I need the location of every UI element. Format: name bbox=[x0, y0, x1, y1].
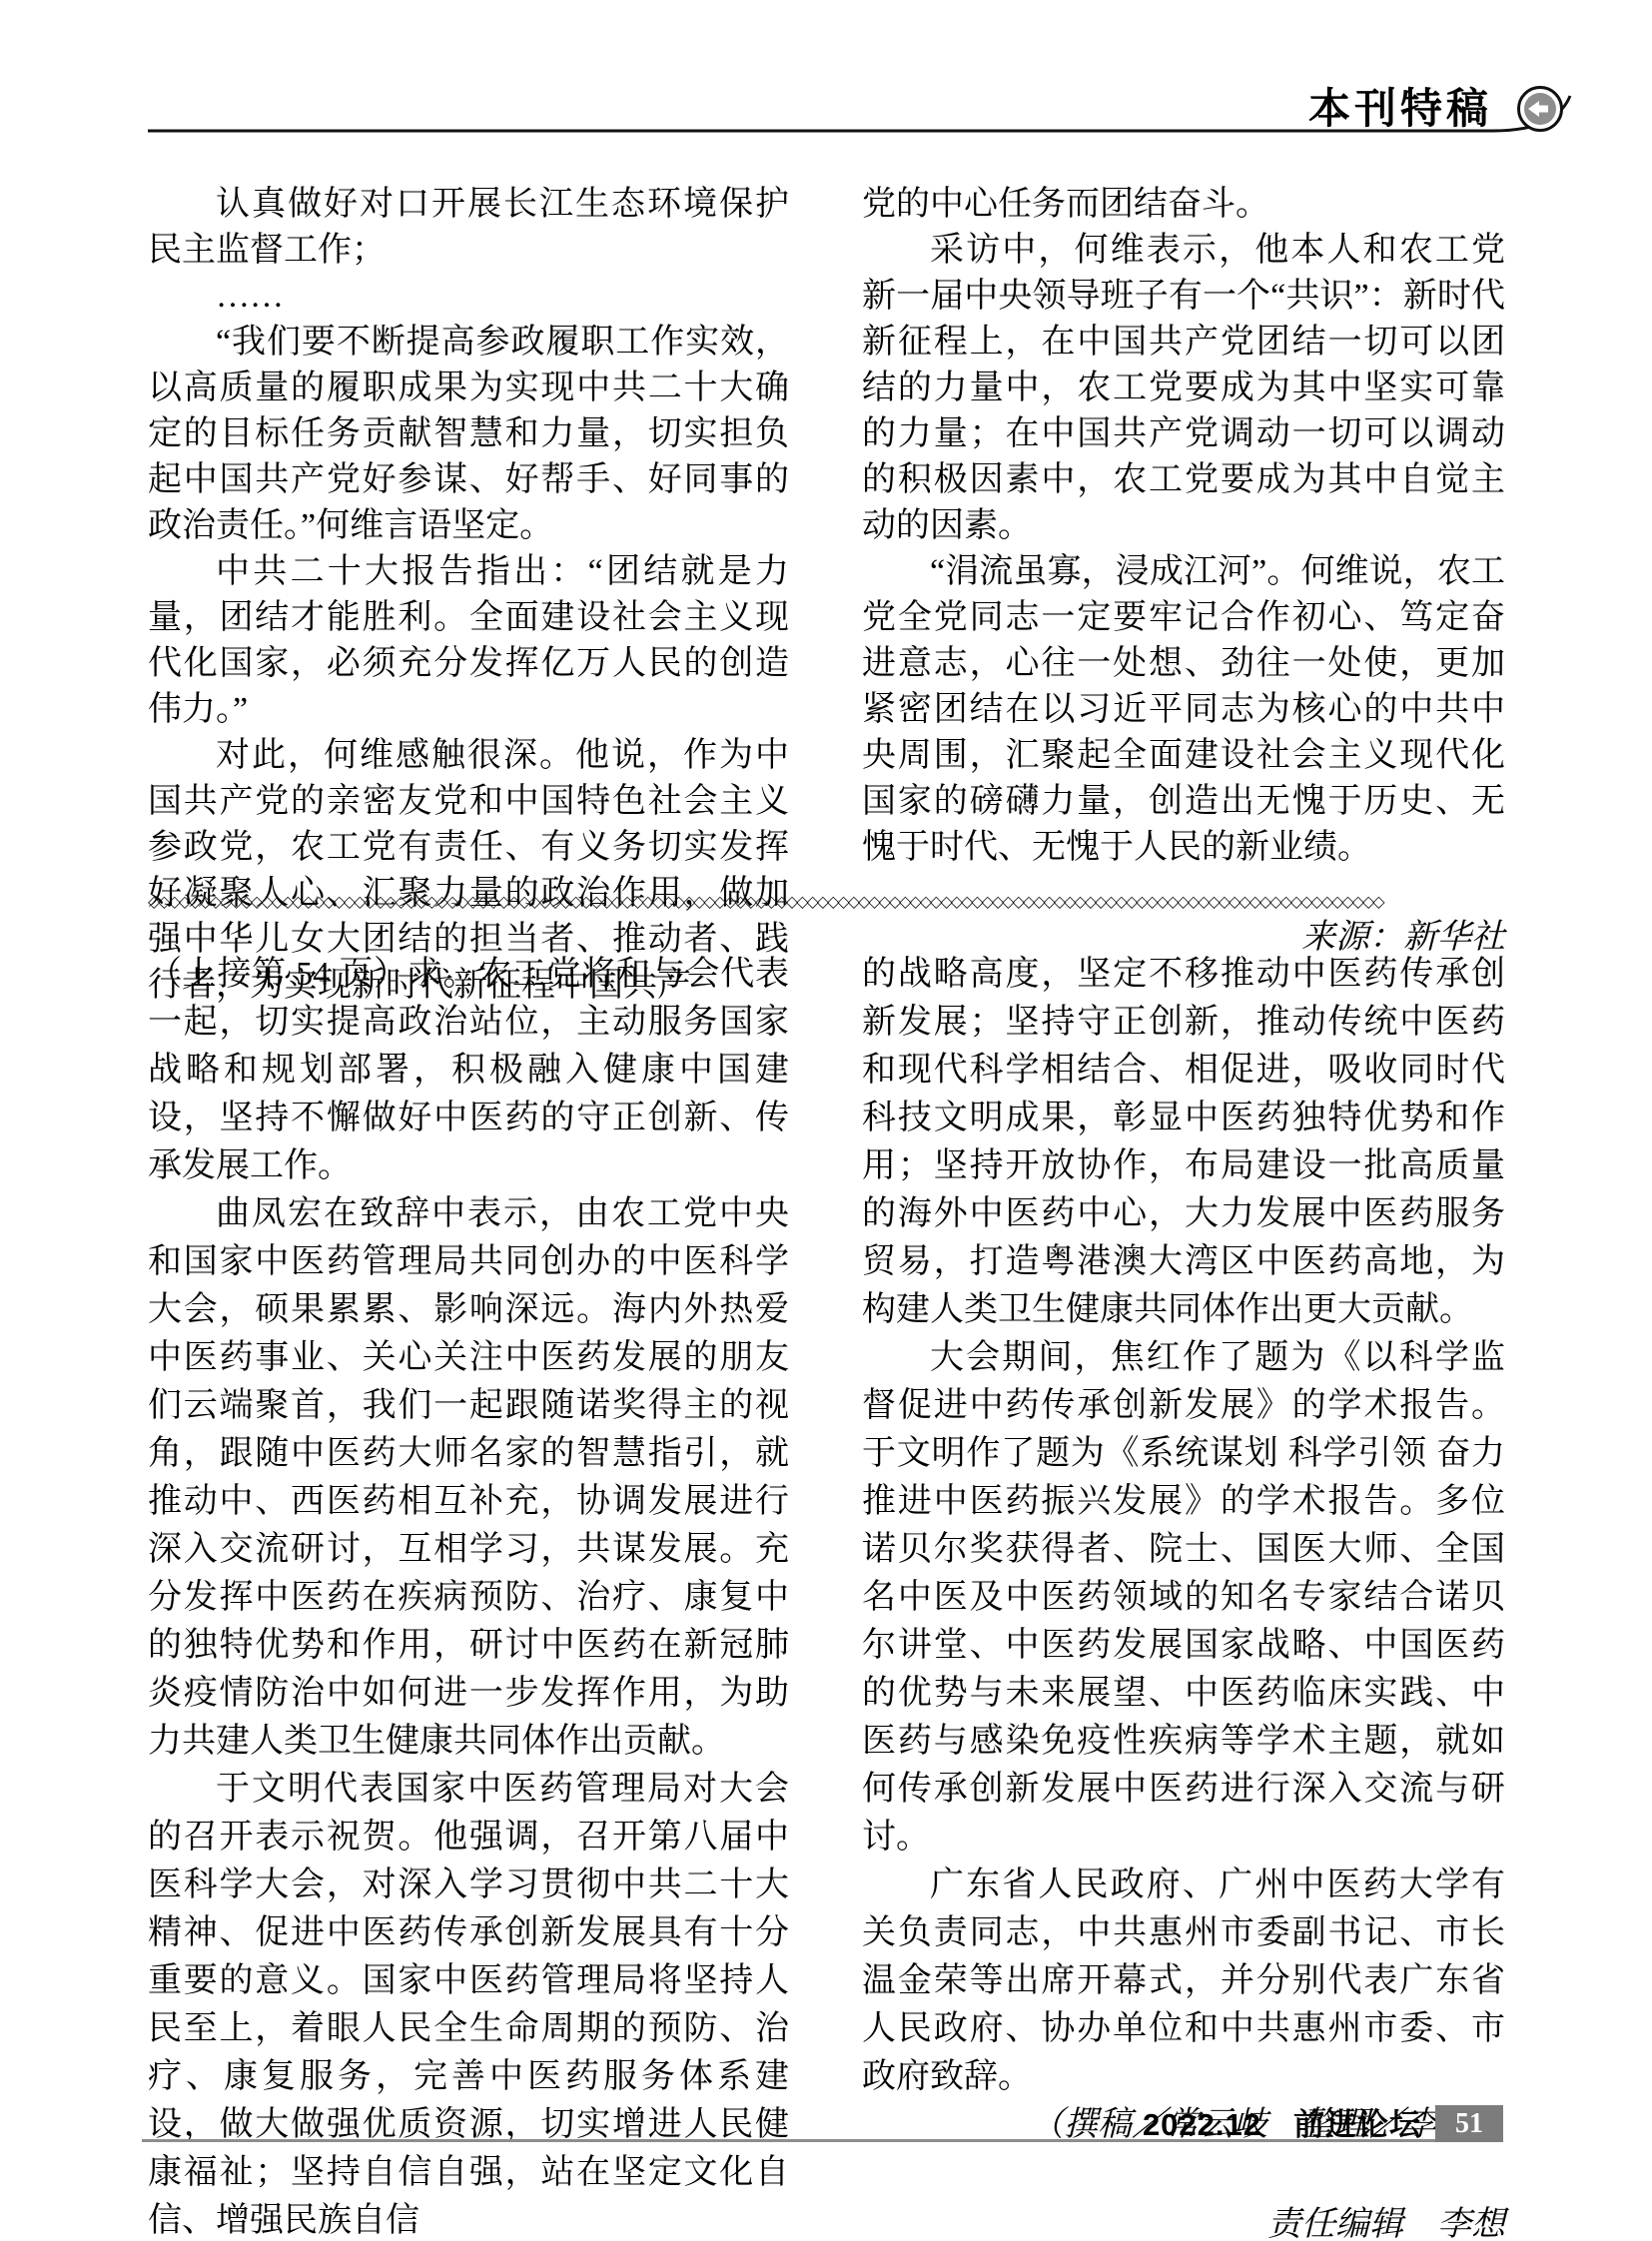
paragraph: 大会期间，焦红作了题为《以科学监督促进中药传承创新发展》的学术报告。于文明作了题… bbox=[862, 1334, 1505, 1862]
page-number-badge: 51 bbox=[1435, 2105, 1503, 2142]
article1-right-column: 党的中心任务而团结奋斗。采访中，何维表示，他本人和农工党新一届中央领导班子有一个… bbox=[862, 182, 1505, 961]
paragraph: 于文明代表国家中医药管理局对大会的召开表示祝贺。他强调，召开第八届中医科学大会，… bbox=[148, 1766, 789, 2241]
paragraph: “我们要不断提高参政履职工作实效，以高质量的履职成果为实现中共二十大确定的目标任… bbox=[148, 320, 789, 549]
paragraph: 曲凤宏在致辞中表示，由农工党中央和国家中医药管理局共同创办的中医科学大会，硕果累… bbox=[148, 1190, 789, 1766]
paragraph: 认真做好对口开展长江生态环境保护民主监督工作； bbox=[148, 182, 789, 274]
paragraph: （上接第 54 页）求。农工党将和与会代表一起，切实提高政治站位，主动服务国家战… bbox=[148, 951, 789, 1190]
responsible-editor: 责任编辑 李想 bbox=[862, 2201, 1505, 2241]
magazine-page: 本刊特稿 认真做好对口开展长江生态环境保护民主监督工作；……“我们要不断提高参政… bbox=[0, 0, 1652, 2241]
paragraph: 采访中，何维表示，他本人和农工党新一届中央领导班子有一个“共识”：新时代新征程上… bbox=[862, 228, 1505, 549]
article1-left-column: 认真做好对口开展长江生态环境保护民主监督工作；……“我们要不断提高参政履职工作实… bbox=[148, 182, 789, 1009]
paragraph: 中共二十大报告指出：“团结就是力量，团结才能胜利。全面建设社会主义现代化国家，必… bbox=[148, 549, 789, 733]
article2-left-column: （上接第 54 页）求。农工党将和与会代表一起，切实提高政治站位，主动服务国家战… bbox=[148, 951, 789, 2241]
paragraph: “涓流虽寡，浸成江河”。何维说，农工党全党同志一定要牢记合作初心、笃定奋进意志，… bbox=[862, 549, 1505, 871]
section-header-label: 本刊特稿 bbox=[1308, 76, 1492, 136]
circle-left-arrow-icon bbox=[1517, 86, 1563, 132]
paragraph: 广东省人民政府、广州中医药大学有关负责同志，中共惠州市委副书记、市长温金荣等出席… bbox=[862, 1862, 1505, 2101]
paragraph: 的战略高度，坚定不移推动中医药传承创新发展；坚持守正创新，推动传统中医药和现代科… bbox=[862, 951, 1505, 1334]
footer-journal-name: 前进论坛 bbox=[1293, 2107, 1421, 2142]
footer-issue: 2022.12 bbox=[1143, 2107, 1261, 2142]
paragraph: 党的中心任务而团结奋斗。 bbox=[862, 182, 1505, 228]
article2-right-column: 的战略高度，坚定不移推动中医药传承创新发展；坚持守正创新，推动传统中医药和现代科… bbox=[862, 951, 1505, 2241]
section-divider: ◇◇◇◇◇◇◇◇◇◇◇◇◇◇◇◇◇◇◇◇◇◇◇◇◇◇◇◇◇◇◇◇◇◇◇◇◇◇◇◇… bbox=[148, 891, 1504, 913]
paragraph: …… bbox=[148, 274, 789, 320]
left-arrow-icon bbox=[1524, 93, 1556, 125]
footer-journal-line: 2022.12前进论坛 bbox=[1143, 2099, 1421, 2144]
